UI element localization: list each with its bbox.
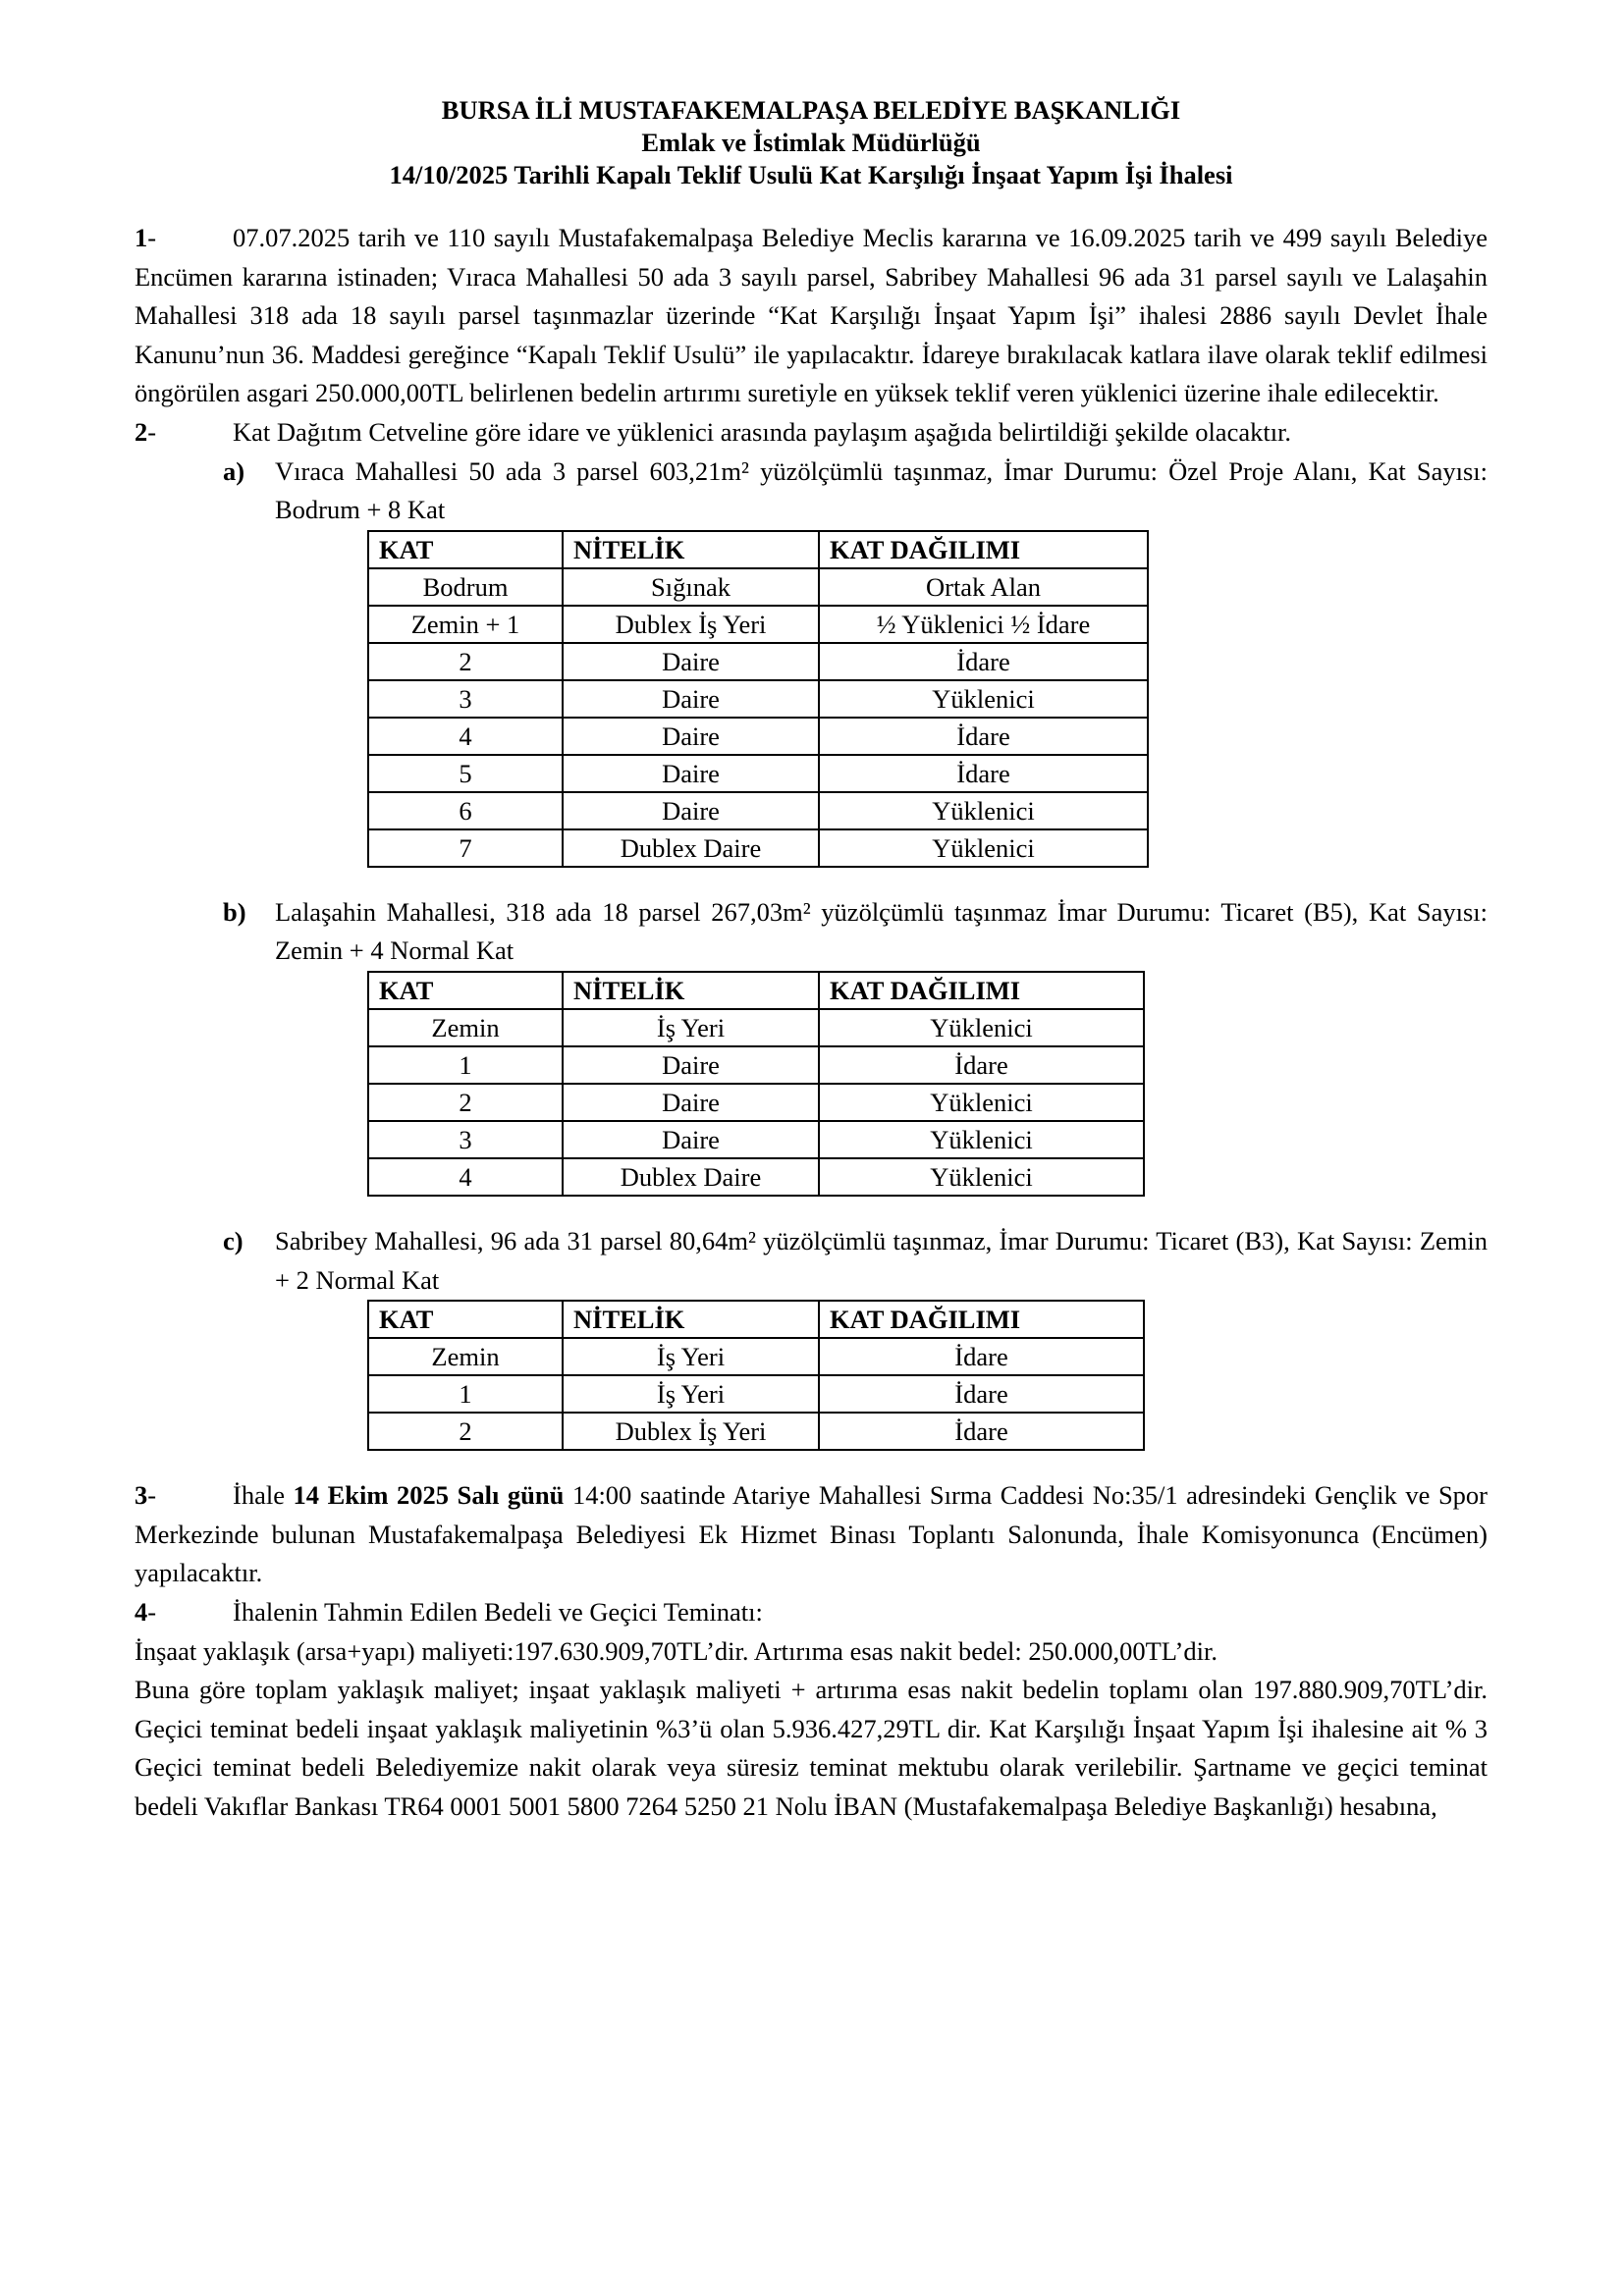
section-3: 3-İhale 14 Ekim 2025 Salı günü 14:00 saa… — [135, 1476, 1488, 1593]
column-header: KAT — [368, 531, 563, 568]
allocation-cell: İdare — [819, 718, 1148, 755]
table-row: BodrumSığınakOrtak Alan — [368, 568, 1148, 606]
allocation-cell: Yüklenici — [819, 1158, 1144, 1196]
table-row: 2Daireİdare — [368, 643, 1148, 680]
spacer — [135, 868, 1488, 893]
table-row: Zemin + 1Dublex İş Yeri½ Yüklenici ½ İda… — [368, 606, 1148, 643]
table-header-row: KATNİTELİKKAT DAĞILIMI — [368, 972, 1144, 1009]
usage-cell: Dublex Daire — [563, 829, 819, 867]
section-2: 2-Kat Dağıtım Cetveline göre idare ve yü… — [135, 413, 1488, 453]
municipality-title: BURSA İLİ MUSTAFAKEMALPAŞA BELEDİYE BAŞK… — [135, 94, 1488, 127]
table-header-row: KATNİTELİKKAT DAĞILIMI — [368, 531, 1148, 568]
usage-cell: Daire — [563, 680, 819, 718]
table-row: 2Dublex İş Yeriİdare — [368, 1413, 1144, 1450]
section-2-text: Kat Dağıtım Cetveline göre idare ve yükl… — [233, 417, 1291, 447]
usage-cell: Dublex İş Yeri — [563, 1413, 819, 1450]
parcel-letter: b) — [223, 893, 246, 933]
floor-cell: 5 — [368, 755, 563, 792]
allocation-cell: Yüklenici — [819, 680, 1148, 718]
parcel-text: Vıraca Mahallesi 50 ada 3 parsel 603,21m… — [275, 456, 1488, 525]
usage-cell: Dublex İş Yeri — [563, 606, 819, 643]
floor-cell: 3 — [368, 1121, 563, 1158]
allocation-cell: ½ Yüklenici ½ İdare — [819, 606, 1148, 643]
floor-cell: 3 — [368, 680, 563, 718]
section-number: 4 — [135, 1597, 147, 1627]
usage-cell: İş Yeri — [563, 1338, 819, 1375]
parcel-text: Lalaşahin Mahallesi, 318 ada 18 parsel 2… — [275, 897, 1488, 966]
parcel-letter: a) — [223, 453, 244, 492]
document-header: BURSA İLİ MUSTAFAKEMALPAŞA BELEDİYE BAŞK… — [135, 94, 1488, 191]
allocation-cell: Yüklenici — [819, 792, 1148, 829]
floor-cell: Zemin — [368, 1009, 563, 1046]
usage-cell: Daire — [563, 643, 819, 680]
table-row: 1İş Yeriİdare — [368, 1375, 1144, 1413]
column-header: NİTELİK — [563, 1301, 819, 1338]
floor-cell: 1 — [368, 1046, 563, 1084]
table-row: Zeminİş YeriYüklenici — [368, 1009, 1144, 1046]
spacer — [135, 1197, 1488, 1222]
section-4-guarantee-paragraph: Buna göre toplam yaklaşık maliyet; inşaa… — [135, 1671, 1488, 1826]
usage-cell: Daire — [563, 1046, 819, 1084]
usage-cell: Daire — [563, 792, 819, 829]
allocation-cell: İdare — [819, 1413, 1144, 1450]
document-page: BURSA İLİ MUSTAFAKEMALPAŞA BELEDİYE BAŞK… — [135, 94, 1488, 1826]
usage-cell: Daire — [563, 718, 819, 755]
section-4-title: İhalenin Tahmin Edilen Bedeli ve Geçici … — [233, 1597, 763, 1627]
table-header-row: KATNİTELİKKAT DAĞILIMI — [368, 1301, 1144, 1338]
parcel-text: Sabribey Mahallesi, 96 ada 31 parsel 80,… — [275, 1226, 1488, 1295]
floor-cell: 2 — [368, 1413, 563, 1450]
floor-cell: 2 — [368, 1084, 563, 1121]
section-number: 2 — [135, 417, 147, 447]
usage-cell: Daire — [563, 1121, 819, 1158]
table-row: 4Daireİdare — [368, 718, 1148, 755]
allocation-cell: Yüklenici — [819, 1121, 1144, 1158]
section-number: 1 — [135, 223, 147, 252]
table-row: Zeminİş Yeriİdare — [368, 1338, 1144, 1375]
usage-cell: Daire — [563, 1084, 819, 1121]
table-row: 6DaireYüklenici — [368, 792, 1148, 829]
section-number: 3 — [135, 1480, 147, 1510]
parcel-letter: c) — [223, 1222, 244, 1261]
section-1-text: 07.07.2025 tarih ve 110 sayılı Mustafake… — [135, 223, 1488, 407]
table-row: 4Dublex DaireYüklenici — [368, 1158, 1144, 1196]
parcel-list: a)Vıraca Mahallesi 50 ada 3 parsel 603,2… — [135, 453, 1488, 1477]
floor-cell: 1 — [368, 1375, 563, 1413]
allocation-cell: Yüklenici — [819, 1009, 1144, 1046]
parcel-description: b)Lalaşahin Mahallesi, 318 ada 18 parsel… — [135, 893, 1488, 971]
section-1: 1-07.07.2025 tarih ve 110 sayılı Mustafa… — [135, 219, 1488, 413]
floor-cell: 4 — [368, 1158, 563, 1196]
floor-distribution-table: KATNİTELİKKAT DAĞILIMIBodrumSığınakOrtak… — [367, 530, 1149, 868]
table-row: 1Daireİdare — [368, 1046, 1144, 1084]
column-header: NİTELİK — [563, 972, 819, 1009]
table-row: 3DaireYüklenici — [368, 680, 1148, 718]
section-4-heading: 4-İhalenin Tahmin Edilen Bedeli ve Geçic… — [135, 1593, 1488, 1632]
document-body: 1-07.07.2025 tarih ve 110 sayılı Mustafa… — [135, 219, 1488, 1826]
floor-cell: 6 — [368, 792, 563, 829]
parcel-description: a)Vıraca Mahallesi 50 ada 3 parsel 603,2… — [135, 453, 1488, 530]
section-3-text-pre: İhale — [233, 1480, 294, 1510]
floor-cell: 7 — [368, 829, 563, 867]
usage-cell: Sığınak — [563, 568, 819, 606]
column-header: KAT DAĞILIMI — [819, 1301, 1144, 1338]
table-row: 3DaireYüklenici — [368, 1121, 1144, 1158]
floor-distribution-table: KATNİTELİKKAT DAĞILIMIZeminİş Yeriİdare1… — [367, 1300, 1145, 1451]
table-row: 7Dublex DaireYüklenici — [368, 829, 1148, 867]
table-row: 2DaireYüklenici — [368, 1084, 1144, 1121]
column-header: KAT — [368, 972, 563, 1009]
usage-cell: Dublex Daire — [563, 1158, 819, 1196]
usage-cell: İş Yeri — [563, 1009, 819, 1046]
table-row: 5Daireİdare — [368, 755, 1148, 792]
usage-cell: İş Yeri — [563, 1375, 819, 1413]
parcel-description: c)Sabribey Mahallesi, 96 ada 31 parsel 8… — [135, 1222, 1488, 1300]
allocation-cell: İdare — [819, 1375, 1144, 1413]
allocation-cell: Ortak Alan — [819, 568, 1148, 606]
column-header: KAT DAĞILIMI — [819, 972, 1144, 1009]
tender-title: 14/10/2025 Tarihli Kapalı Teklif Usulü K… — [135, 159, 1488, 191]
allocation-cell: Yüklenici — [819, 1084, 1144, 1121]
tender-date: 14 Ekim 2025 Salı günü — [294, 1480, 565, 1510]
floor-cell: Bodrum — [368, 568, 563, 606]
floor-cell: Zemin — [368, 1338, 563, 1375]
floor-cell: Zemin + 1 — [368, 606, 563, 643]
floor-cell: 4 — [368, 718, 563, 755]
column-header: KAT — [368, 1301, 563, 1338]
allocation-cell: İdare — [819, 1338, 1144, 1375]
allocation-cell: İdare — [819, 1046, 1144, 1084]
allocation-cell: İdare — [819, 643, 1148, 680]
department-title: Emlak ve İstimlak Müdürlüğü — [135, 127, 1488, 159]
allocation-cell: Yüklenici — [819, 829, 1148, 867]
column-header: NİTELİK — [563, 531, 819, 568]
spacer — [135, 1451, 1488, 1476]
allocation-cell: İdare — [819, 755, 1148, 792]
floor-cell: 2 — [368, 643, 563, 680]
usage-cell: Daire — [563, 755, 819, 792]
column-header: KAT DAĞILIMI — [819, 531, 1148, 568]
section-4-cost-paragraph: İnşaat yaklaşık (arsa+yapı) maliyeti:197… — [135, 1632, 1488, 1672]
floor-distribution-table: KATNİTELİKKAT DAĞILIMIZeminİş YeriYüklen… — [367, 971, 1145, 1197]
